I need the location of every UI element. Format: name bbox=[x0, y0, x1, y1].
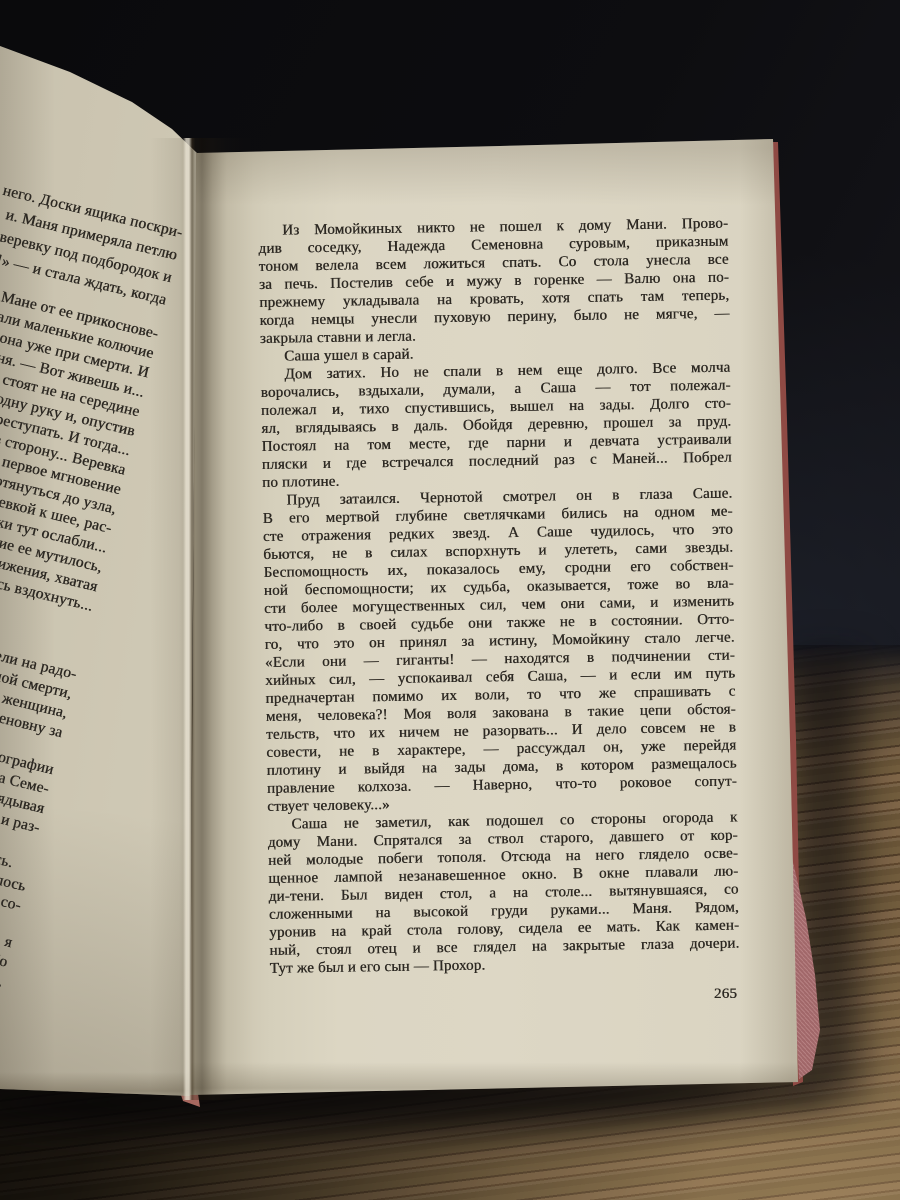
page-number: 265 bbox=[695, 986, 737, 1003]
right-page-text: Из Момойкиных никто не пошел к дому Мани… bbox=[258, 215, 740, 978]
book-gutter bbox=[150, 138, 254, 1100]
book-photo: на него. Доски ящика поскри-и. Маня прим… bbox=[0, 0, 900, 1200]
